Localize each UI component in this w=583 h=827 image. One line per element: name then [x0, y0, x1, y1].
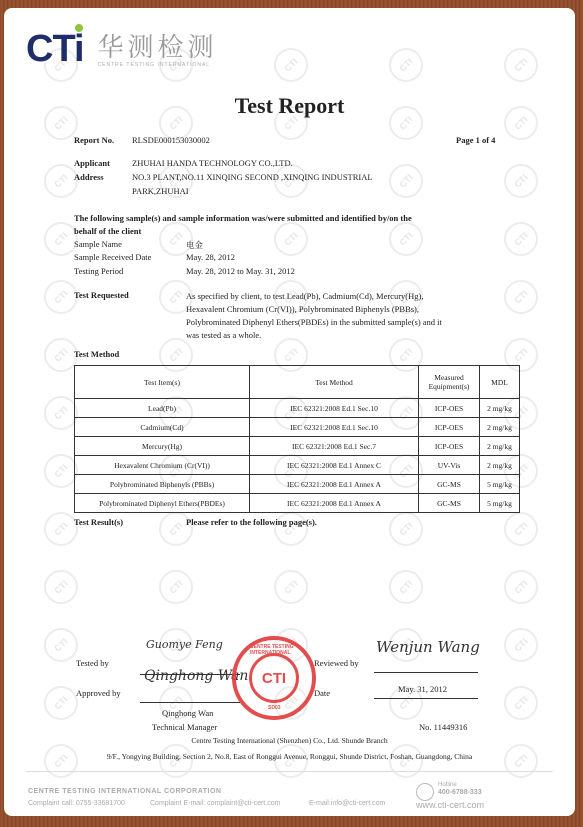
website: www.cti-cert.com — [416, 800, 484, 810]
table-cell: Mercury(Hg) — [75, 437, 250, 456]
test-requested-text: As specified by client, to test Lead(Pb)… — [186, 290, 442, 342]
test-result-value: Please refer to the following page(s). — [186, 517, 317, 527]
table-cell: GC-MS — [419, 494, 480, 513]
cti-watermark-icon: CTI — [267, 563, 315, 611]
received-date: May. 28, 2012 — [186, 252, 235, 262]
hotline-number: 400-6788-333 — [438, 789, 482, 796]
table-row: Hexavalent Chromium (Cr(VI))IEC 62321:20… — [75, 456, 520, 475]
col-header: Test Item(s) — [75, 366, 250, 399]
address-label: Address — [74, 172, 104, 182]
approver-name: Qinghong Wan — [162, 708, 213, 718]
col-header: MDL — [480, 366, 520, 399]
complaint-call: Complaint call: 0755-33681700 — [28, 800, 125, 807]
table-cell: IEC 62321:2008 Ed.1 Sec.10 — [250, 399, 419, 418]
period-label: Testing Period — [74, 266, 123, 276]
cti-watermark-icon: CTI — [37, 679, 85, 727]
approver-title: Technical Manager — [152, 722, 217, 732]
signature-date: May. 31, 2012 — [398, 684, 447, 694]
table-row: Mercury(Hg)IEC 62321:2008 Ed.1 Sec.7ICP-… — [75, 437, 520, 456]
table-cell: Lead(Pb) — [75, 399, 250, 418]
test-method-table: Test Item(s) Test Method Measured Equipm… — [74, 365, 520, 513]
address-line-2: PARK,ZHUHAI — [132, 186, 189, 196]
sample-intro-2: behalf of the client — [74, 226, 141, 236]
cti-watermark-icon: CTI — [497, 157, 545, 205]
date-label: Date — [314, 688, 330, 698]
table-cell: GC-MS — [419, 475, 480, 494]
testing-period: May. 28, 2012 to May. 31, 2012 — [186, 266, 295, 276]
logo-mark: CTi — [26, 30, 84, 68]
approved-by-label: Approved by — [76, 688, 121, 698]
report-no-label: Report No. — [74, 135, 114, 145]
reviewed-by-label: Reviewed by — [314, 658, 359, 668]
table-row: Polybrominated Biphenyls (PBBs)IEC 62321… — [75, 475, 520, 494]
cti-watermark-icon: CTI — [382, 41, 430, 89]
tested-signature: Guomye Feng — [146, 638, 223, 651]
test-method-label: Test Method — [74, 349, 119, 359]
table-row: Lead(Pb)IEC 62321:2008 Ed.1 Sec.10ICP-OE… — [75, 399, 520, 418]
tested-by-label: Tested by — [76, 658, 109, 668]
table-cell: Polybrominated Biphenyls (PBBs) — [75, 475, 250, 494]
report-page: CTICTICTICTICTICTICTICTICTICTICTICTICTIC… — [4, 8, 575, 816]
page-number: Page 1 of 4 — [456, 135, 495, 145]
sample-name-label: Sample Name — [74, 239, 122, 249]
table-cell: 5 mg/kg — [480, 494, 520, 513]
info-email: E-mail:info@cti-cert.com — [309, 800, 385, 807]
table-cell: ICP-OES — [419, 399, 480, 418]
col-header: Test Method — [250, 366, 419, 399]
cti-watermark-icon: CTI — [497, 41, 545, 89]
table-cell: Polybrominated Diphenyl Ethers(PBDEs) — [75, 494, 250, 513]
cti-watermark-icon: CTI — [152, 563, 200, 611]
table-cell: 2 mg/kg — [480, 456, 520, 475]
phone-icon — [416, 783, 434, 801]
table-cell: IEC 62321:2008 Ed.1 Sec.10 — [250, 418, 419, 437]
table-cell: IEC 62321:2008 Ed.1 Annex C — [250, 456, 419, 475]
hotline-label: Hotline — [438, 782, 457, 788]
table-cell: IEC 62321:2008 Ed.1 Annex A — [250, 475, 419, 494]
table-cell: UV-Vis — [419, 456, 480, 475]
report-no: RLSDE000153030002 — [132, 135, 210, 145]
table-cell: 2 mg/kg — [480, 437, 520, 456]
table-row: Polybrominated Diphenyl Ethers(PBDEs)IEC… — [75, 494, 520, 513]
cti-watermark-icon: CTI — [382, 563, 430, 611]
table-cell: 2 mg/kg — [480, 418, 520, 437]
issuer-company: Centre Testing International (Shenzhen) … — [4, 736, 575, 745]
cti-watermark-icon: CTI — [497, 273, 545, 321]
table-cell: IEC 62321:2008 Ed.1 Annex A — [250, 494, 419, 513]
complaint-email: Complaint E-mail: complaint@cti-cert.com — [150, 800, 280, 807]
reviewed-signature: Wenjun Wang — [376, 638, 480, 656]
cti-seal-stamp: CTI CENTRE TESTING INTERNATIONAL SD03 — [232, 636, 316, 720]
table-cell: ICP-OES — [419, 418, 480, 437]
cti-watermark-icon: CTI — [497, 621, 545, 669]
cti-watermark-icon: CTI — [382, 157, 430, 205]
cti-watermark-icon: CTI — [152, 679, 200, 727]
cti-watermark-icon: CTI — [37, 563, 85, 611]
applicant: ZHUHAI HANDA TECHNOLOGY CO.,LTD. — [132, 158, 293, 168]
table-cell: 5 mg/kg — [480, 475, 520, 494]
table-cell: IEC 62321:2008 Ed.1 Sec.7 — [250, 437, 419, 456]
cti-watermark-icon: CTI — [267, 41, 315, 89]
cti-watermark-icon: CTI — [497, 679, 545, 727]
sample-intro-1: The following sample(s) and sample infor… — [74, 213, 412, 223]
applicant-label: Applicant — [74, 158, 110, 168]
test-result-label: Test Result(s) — [74, 517, 123, 527]
table-cell: 2 mg/kg — [480, 399, 520, 418]
address-line-1: NO.3 PLANT,NO.11 XINQING SECOND ,XINQING… — [132, 172, 373, 182]
table-row: Cadmium(Cd)IEC 62321:2008 Ed.1 Sec.10ICP… — [75, 418, 520, 437]
logo-english: CENTRE TESTING INTERNATIONAL — [98, 62, 218, 68]
certificate-number: No. 11449316 — [419, 722, 467, 732]
table-cell: ICP-OES — [419, 437, 480, 456]
logo-chinese: 华测检测 — [98, 34, 218, 62]
table-cell: Hexavalent Chromium (Cr(VI)) — [75, 456, 250, 475]
cti-logo: CTi 华测检测 CENTRE TESTING INTERNATIONAL — [26, 30, 218, 68]
page-title: Test Report — [4, 93, 575, 119]
issuer-address: 9/F., Yongying Building, Section 2, No.8… — [4, 752, 575, 761]
test-requested-label: Test Requested — [74, 290, 129, 300]
cti-watermark-icon: CTI — [497, 215, 545, 263]
received-label: Sample Received Date — [74, 252, 151, 262]
sample-name: 电金 — [186, 239, 203, 251]
table-cell: Cadmium(Cd) — [75, 418, 250, 437]
col-header: Measured Equipment(s) — [419, 366, 480, 399]
cti-watermark-icon: CTI — [497, 563, 545, 611]
footer-corp: CENTRE TESTING INTERNATIONAL CORPORATION — [28, 788, 221, 795]
